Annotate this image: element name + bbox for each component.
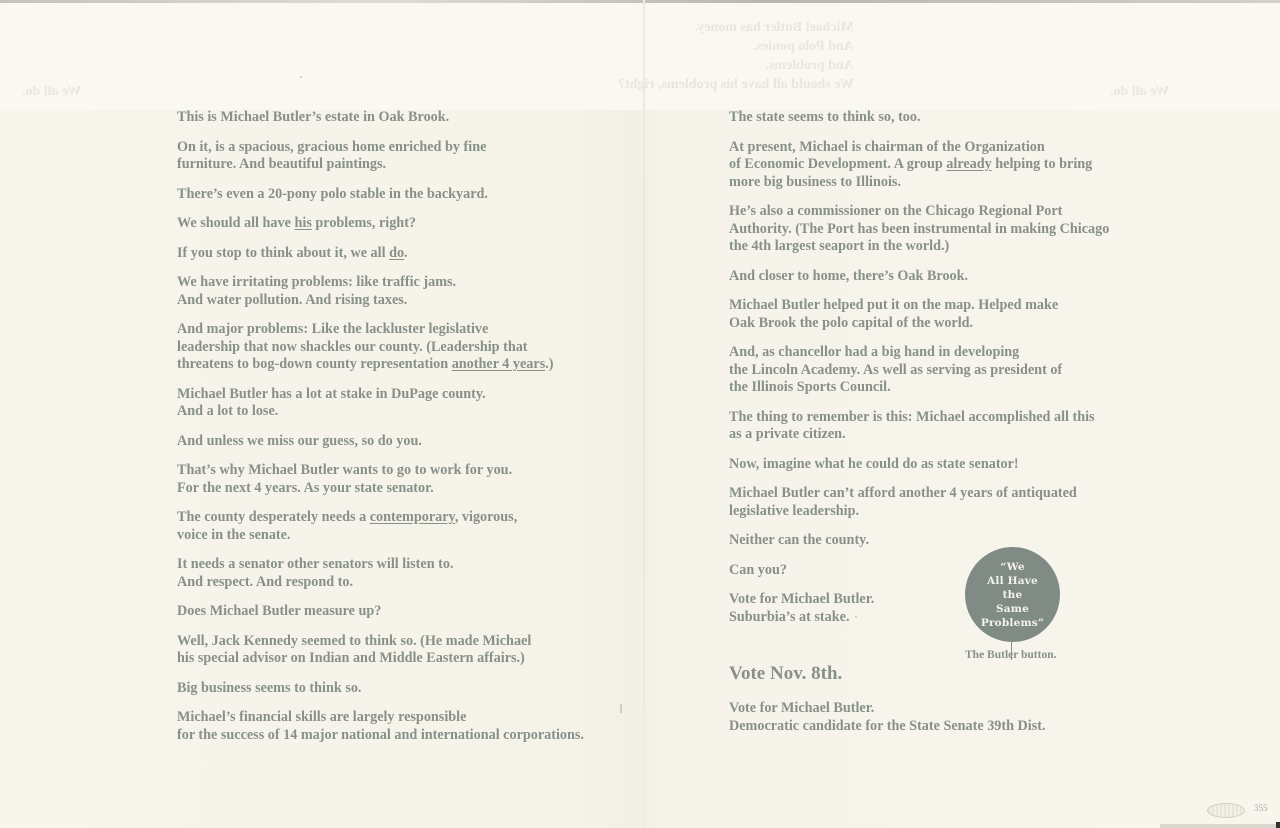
underlined-emphasis: his: [294, 215, 311, 231]
show-through-text-left: We all do.: [22, 82, 82, 101]
paragraph: That’s why Michael Butler wants to go to…: [177, 462, 617, 497]
page-bottom-edge: [1160, 824, 1280, 828]
paragraph: We should all have his problems, right?: [177, 215, 617, 233]
badge-caption: The Butler button.: [965, 649, 1056, 661]
paragraph: Michael Butler has a lot at stake in DuP…: [177, 386, 617, 421]
paragraph: Neither can the county.: [729, 532, 1149, 550]
paragraph: The state seems to think so, too.: [729, 109, 1149, 127]
paragraph: Michael’s financial skills are largely r…: [177, 709, 617, 744]
paragraph: The thing to remember is this: Michael a…: [729, 409, 1149, 444]
paragraph: There’s even a 20-pony polo stable in th…: [177, 186, 617, 204]
scan-corner: [1276, 822, 1280, 828]
paragraph: Michael Butler can’t afford another 4 ye…: [729, 485, 1149, 520]
paper-speck: [855, 616, 857, 618]
right-page-body: The state seems to think so, too.At pres…: [729, 109, 1149, 638]
paragraph: Can you?: [729, 562, 1149, 580]
paragraph: He’s also a commissioner on the Chicago …: [729, 203, 1149, 256]
paragraph: Michael Butler helped put it on the map.…: [729, 297, 1149, 332]
underlined-emphasis: do: [389, 245, 404, 261]
printer-ornament-icon: [1207, 803, 1245, 818]
vote-footer: Vote for Michael Butler. Democratic cand…: [729, 700, 1046, 735]
paragraph: And unless we miss our guess, so do you.: [177, 433, 617, 451]
paragraph: Big business seems to think so.: [177, 680, 617, 698]
paper-speck: [300, 76, 302, 78]
paragraph: On it, is a spacious, gracious home enri…: [177, 139, 617, 174]
underlined-emphasis: another 4 years: [452, 356, 546, 372]
page-top-edge: [0, 0, 1280, 3]
show-through-text-top: Michael Butler has money. And Polo ponie…: [618, 18, 854, 94]
paragraph: If you stop to think about it, we all do…: [177, 245, 617, 263]
underlined-emphasis: contemporary: [370, 509, 455, 525]
paragraph: Does Michael Butler measure up?: [177, 603, 617, 621]
paragraph: And, as chancellor had a big hand in dev…: [729, 344, 1149, 397]
paragraph: Well, Jack Kennedy seemed to think so. (…: [177, 633, 617, 668]
paragraph: At present, Michael is chairman of the O…: [729, 139, 1149, 192]
paragraph: We have irritating problems: like traffi…: [177, 274, 617, 309]
paragraph: Now, imagine what he could do as state s…: [729, 456, 1149, 474]
paragraph: Vote for Michael Butler. Suburbia’s at s…: [729, 591, 1149, 626]
show-through-text-right: We all do.: [1110, 82, 1170, 101]
vote-headline: Vote Nov. 8th.: [729, 663, 842, 685]
left-page-body: This is Michael Butler’s estate in Oak B…: [177, 109, 617, 756]
paragraph: The county desperately needs a contempor…: [177, 509, 617, 544]
center-fold: [643, 0, 645, 828]
paragraph: And major problems: Like the lackluster …: [177, 321, 617, 374]
paper-mark: [620, 704, 622, 713]
campaign-button-icon: “We All Have the Same Problems”: [965, 547, 1060, 642]
paragraph: This is Michael Butler’s estate in Oak B…: [177, 109, 617, 127]
paragraph: It needs a senator other senators will l…: [177, 556, 617, 591]
page-number: 355: [1254, 803, 1268, 813]
underlined-emphasis: already: [946, 156, 991, 172]
paragraph: And closer to home, there’s Oak Brook.: [729, 268, 1149, 286]
